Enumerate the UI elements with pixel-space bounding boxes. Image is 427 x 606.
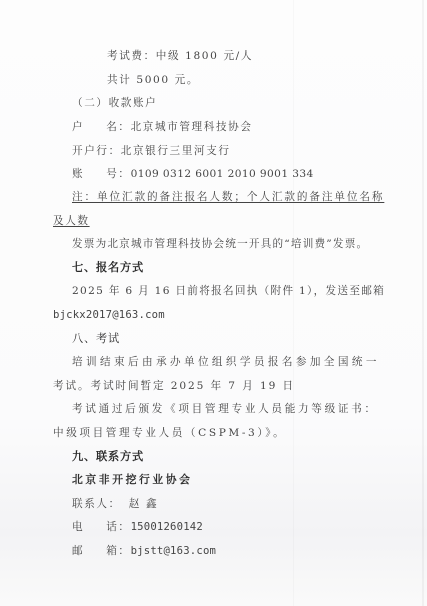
contact-person-label: 联系人： — [72, 498, 121, 510]
page-fold-shadow — [293, 0, 294, 606]
email-label-2: 箱： — [106, 545, 130, 557]
phone-label-2: 话： — [106, 521, 130, 533]
contact-person-row: 联系人：赵 鑫 — [72, 497, 158, 511]
account-number-value: 0109 0312 6001 2010 9001 334 — [131, 168, 314, 180]
email-label-1: 邮 — [72, 545, 84, 557]
phone-label-1: 电 — [72, 521, 84, 533]
account-number-label-1: 账 — [72, 168, 84, 180]
bank-label: 开户行： — [72, 145, 121, 157]
document-page: 考试费：中级 1800 元/人 共计 5000 元。 （二）收款账户 户名：北京… — [0, 0, 427, 606]
account-section-title: （二）收款账户 — [72, 96, 157, 110]
account-number-label-2: 号： — [106, 168, 130, 180]
bank-value: 北京银行三里河支行 — [121, 145, 231, 157]
remittance-note-line-1: 注：单位汇款的备注报名人数；个人汇款的备注单位名称 — [72, 190, 384, 204]
section-7-heading: 七、报名方式 — [72, 261, 144, 275]
contact-organization: 北京非开挖行业协会 — [72, 473, 193, 487]
contact-person-name: 赵 鑫 — [129, 498, 158, 510]
account-name-row: 户名：北京城市管理科技协会 — [72, 120, 253, 134]
remittance-note-line-2: 及人数 — [53, 214, 90, 228]
phone-value: 15001260142 — [131, 521, 203, 533]
invoice-note: 发票为北京城市管理科技协会统一开具的“培训费”发票。 — [72, 237, 368, 251]
exam-para-1-line-2: 考试。考试时间暂定 2025 年 7 月 19 日 — [53, 379, 295, 393]
email-value: bjstt@163.com — [131, 545, 217, 557]
account-name-value: 北京城市管理科技协会 — [131, 121, 253, 133]
section-8-heading: 八、考试 — [72, 332, 120, 346]
total-fee-line: 共计 5000 元。 — [107, 73, 199, 87]
exam-para-2-line-2: 中级项目管理专业人员（CSPM-3）》。 — [53, 426, 286, 440]
exam-fee-line: 考试费：中级 1800 元/人 — [107, 49, 253, 63]
account-name-label-1: 户 — [72, 121, 84, 133]
bank-row: 开户行：北京银行三里河支行 — [72, 144, 231, 158]
contact-phone-row: 电话：15001260142 — [72, 520, 203, 534]
account-name-label-2: 名： — [106, 121, 130, 133]
exam-para-2-line-1: 考试通过后颁发《项目管理专业人员能力等级证书： — [72, 402, 378, 416]
contact-email-row: 邮箱：bjstt@163.com — [72, 544, 216, 558]
section-9-heading: 九、联系方式 — [72, 450, 144, 464]
registration-email: bjckx2017@163.com — [53, 308, 165, 322]
page-edge-shadow — [422, 0, 424, 606]
exam-para-1-line-1: 培训结束后由承办单位组织学员报名参加全国统一 — [72, 355, 380, 369]
registration-line-1: 2025 年 6 月 16 日前将报名回执（附件 1），发送至邮箱 — [72, 284, 385, 298]
account-number-row: 账号：0109 0312 6001 2010 9001 334 — [72, 167, 314, 181]
